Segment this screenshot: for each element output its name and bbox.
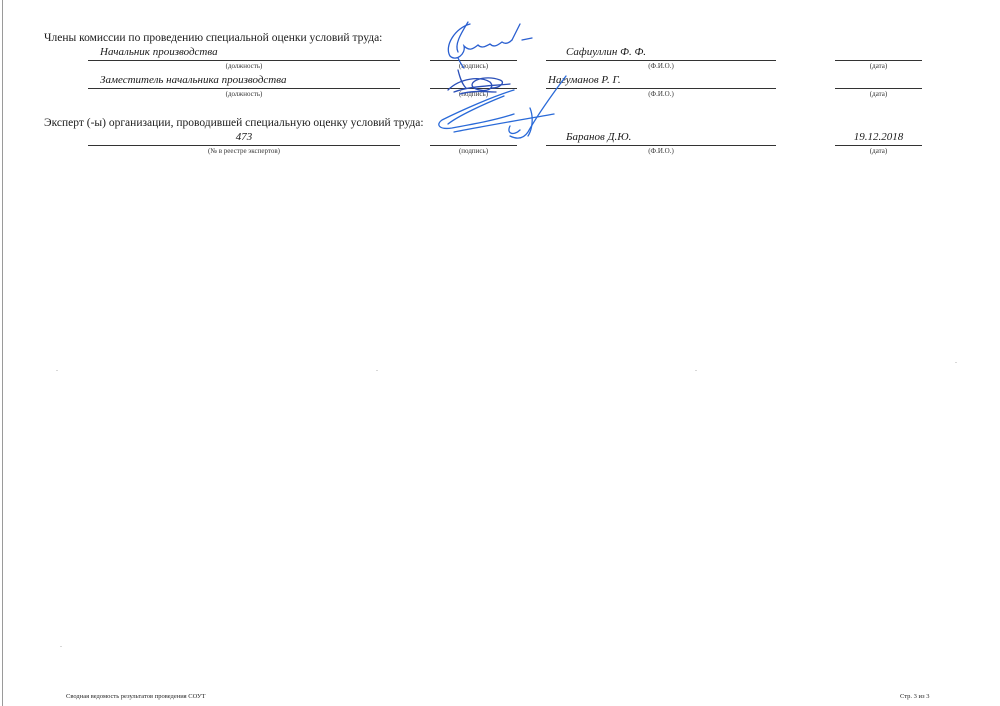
signature-safiullin-icon (440, 18, 540, 68)
member-name: Сафиуллин Ф. Ф. (566, 46, 646, 58)
scan-speck (955, 362, 957, 363)
position-line (88, 88, 400, 89)
name-line (546, 88, 776, 89)
scan-edge (2, 0, 3, 706)
date-line (835, 88, 922, 89)
date-line (835, 145, 922, 146)
date-caption: (дата) (835, 90, 922, 98)
name-caption: (Ф.И.О.) (546, 62, 776, 70)
commission-heading: Члены комиссии по проведению специальной… (44, 32, 382, 44)
expert-name: Баранов Д.Ю. (566, 131, 631, 143)
member-position: Начальник производства (100, 46, 218, 58)
position-caption: (должность) (88, 90, 400, 98)
footer-title: Сводная ведомость результатов проведения… (66, 693, 206, 700)
member-position: Заместитель начальника производства (100, 74, 286, 86)
registry-line (88, 145, 400, 146)
scan-speck (60, 646, 62, 647)
scan-speck (376, 370, 378, 371)
expert-date: 19.12.2018 (835, 131, 922, 143)
position-caption: (должность) (88, 62, 400, 70)
scan-speck (695, 370, 697, 371)
position-line (88, 60, 400, 61)
footer-page-number: Стр. 3 из 3 (900, 693, 929, 700)
date-caption: (дата) (835, 147, 922, 155)
signature-caption: (подпись) (430, 147, 517, 155)
registry-caption: (№ в реестре экспертов) (88, 147, 400, 155)
name-caption: (Ф.И.О.) (546, 147, 776, 155)
date-line (835, 60, 922, 61)
date-caption: (дата) (835, 62, 922, 70)
expert-heading: Эксперт (-ы) организации, проводившей сп… (44, 117, 424, 129)
name-line (546, 145, 776, 146)
scan-speck (56, 370, 58, 371)
signature-baranov-icon (434, 74, 574, 146)
name-caption: (Ф.И.О.) (546, 90, 776, 98)
name-line (546, 60, 776, 61)
registry-number: 473 (88, 131, 400, 143)
